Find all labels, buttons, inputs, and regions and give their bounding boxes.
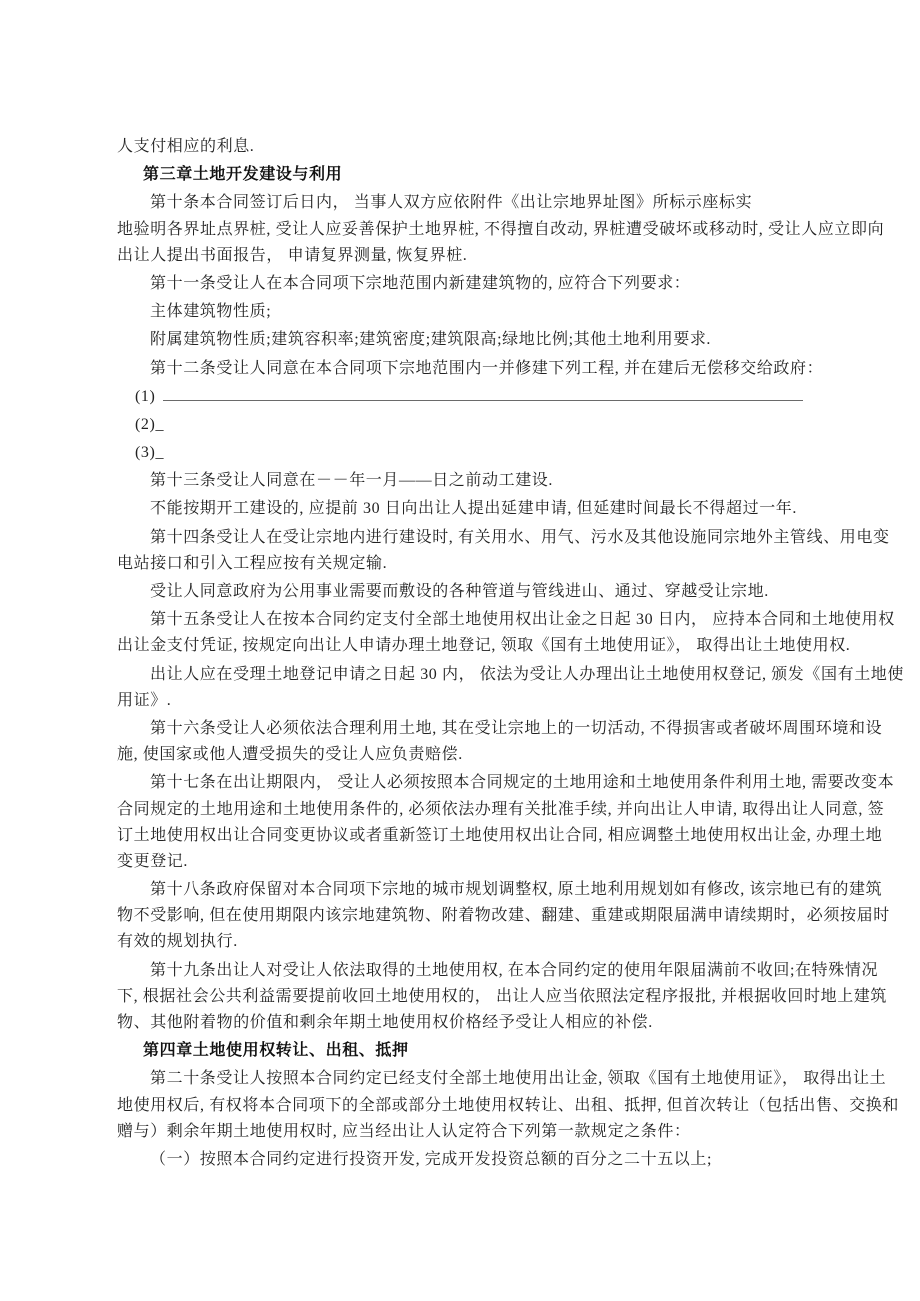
line-text: 第十八条政府保留对本合同项下宗地的城市规划调整权, 原土地利用规划如有修改, 该… [150,881,882,898]
doc-line: 物不受影响, 但在使用期限内该宗地建筑物、附着物改建、翻建、重建或期限届满申请续… [117,903,857,929]
doc-line: 第十三条受让人同意在－－年一月——日之前动工建设. [117,468,857,494]
line-text: 附属建筑物性质;建筑容积率;建筑密度;建筑限高;绿地比例;其他土地利用要求. [150,331,711,348]
blank-item-line: (1) [117,384,857,410]
doc-line: 人支付相应的利息. [117,134,857,160]
doc-line: 主体建筑物性质; [117,299,857,325]
doc-line: 第十一条受让人在本合同项下宗地范围内新建建筑物的, 应符合下列要求： [117,271,857,297]
document-page: 人支付相应的利息.第三章土地开发建设与利用第十条本合同签订后日内， 当事人双方应… [0,0,920,1301]
chapter-heading: 第四章土地使用权转让、出租、抵押 [117,1038,857,1064]
line-text: 第十四条受让人在受让宗地内进行建设时, 有关用水、用气、污水及其他设施同宗地外主… [150,529,890,546]
line-text: 第二十条受让人按照本合同约定已经支付全部土地使用出让金, 领取《国有土地使用证》… [150,1070,886,1087]
line-text: 出让人应在受理土地登记申请之日起 30 内， 依法为受让人办理出让土地使用权登记… [150,666,904,683]
doc-line: 电站接口和引入工程应按有关规定输. [117,551,857,577]
line-text: 合同规定的土地用途和土地使用条件的, 必须依法办理有关批准手续, 并向出让人申请… [117,801,884,818]
line-text: 变更登记. [117,853,188,870]
line-text: 出让金支付凭证, 按规定向出让人申请办理土地登记, 领取《国有土地使用证》， 取… [117,637,850,654]
line-text: 电站接口和引入工程应按有关规定输. [117,555,387,572]
doc-line: 第十二条受让人同意在本合同项下宗地范围内一并修建下列工程, 并在建后无偿移交给政… [117,356,857,382]
line-text: 地使用权后, 有权将本合同项下的全部或部分土地使用权转让、出租、抵押, 但首次转… [117,1097,899,1114]
line-text: 第十九条出让人对受让人依法取得的土地使用权, 在本合同约定的使用年限届满前不收回… [150,962,878,979]
doc-line: 第十九条出让人对受让人依法取得的土地使用权, 在本合同约定的使用年限届满前不收回… [117,958,857,984]
line-text: 第四章土地使用权转让、出租、抵押 [143,1042,409,1059]
doc-line: 第十七条在出让期限内， 受让人必须按照本合同规定的土地用途和土地使用条件利用土地… [117,770,857,796]
doc-line: 不能按期开工建设的, 应提前 30 日向出让人提出延建申请, 但延建时间最长不得… [117,496,857,522]
doc-line: 第十条本合同签订后日内， 当事人双方应依附件《出让宗地界址图》所标示座标实 [117,190,857,216]
line-text: 第十一条受让人在本合同项下宗地范围内新建建筑物的, 应符合下列要求： [150,275,690,292]
line-text: 订土地使用权出让合同变更协议或者重新签订土地使用权出让合同, 相应调整土地使用权… [117,827,882,844]
line-text: (2)_ [135,416,164,433]
blank-item-line: (2)_ [117,412,857,438]
doc-line: 第十四条受让人在受让宗地内进行建设时, 有关用水、用气、污水及其他设施同宗地外主… [117,525,857,551]
doc-line: 出让金支付凭证, 按规定向出让人申请办理土地登记, 领取《国有土地使用证》， 取… [117,633,857,659]
line-text: 施, 使国家或他人遭受损失的受让人应负责赔偿. [117,746,463,763]
line-text: 不能按期开工建设的, 应提前 30 日向出让人提出延建申请, 但延建时间最长不得… [150,500,797,517]
line-text: 地验明各界址点界桩, 受让人应妥善保护土地界桩, 不得擅自改动, 界桩遭受破坏或… [117,221,884,238]
line-text: (3)_ [135,444,164,461]
line-text: （一）按照本合同约定进行投资开发, 完成开发投资总额的百分之二十五以上; [150,1151,712,1168]
line-text: 物不受影响, 但在使用期限内该宗地建筑物、附着物改建、翻建、重建或期限届满申请续… [117,907,890,924]
doc-line: 出让人提出书面报告， 申请复界测量, 恢复界桩. [117,243,857,269]
line-text: 第十五条受让人在按本合同约定支付全部土地使用权出让金之日起 30 日内， 应持本… [150,611,895,628]
line-text: 出让人提出书面报告， 申请复界测量, 恢复界桩. [117,247,467,264]
line-text: 有效的规划执行. [117,933,238,950]
line-text: 下, 根据社会公共利益需要提前收回土地使用权的， 出让人应当依照法定程序报批, … [117,988,887,1005]
doc-line: 第二十条受让人按照本合同约定已经支付全部土地使用出让金, 领取《国有土地使用证》… [117,1066,857,1092]
line-text: 第十七条在出让期限内， 受让人必须按照本合同规定的土地用途和土地使用条件利用土地… [150,774,894,791]
doc-line: 订土地使用权出让合同变更协议或者重新签订土地使用权出让合同, 相应调整土地使用权… [117,823,857,849]
doc-line: 下, 根据社会公共利益需要提前收回土地使用权的， 出让人应当依照法定程序报批, … [117,984,857,1010]
doc-line: 受让人同意政府为公用事业需要而敷设的各种管道与管线进山、通过、穿越受让宗地. [117,579,857,605]
doc-line: 合同规定的土地用途和土地使用条件的, 必须依法办理有关批准手续, 并向出让人申请… [117,797,857,823]
line-text: (1) [135,388,155,405]
chapter-heading: 第三章土地开发建设与利用 [117,162,857,188]
document-content: 人支付相应的利息.第三章土地开发建设与利用第十条本合同签订后日内， 当事人双方应… [117,134,857,1173]
doc-line: 物、其他附着物的价值和剩余年期土地使用权价格经予受让人相应的补偿. [117,1010,857,1036]
line-text: 用证》. [117,692,171,709]
doc-line: 第十六条受让人必须依法合理利用土地, 其在受让宗地上的一切活动, 不得损害或者破… [117,716,857,742]
doc-line: 施, 使国家或他人遭受损失的受让人应负责赔偿. [117,742,857,768]
doc-line: 出让人应在受理土地登记申请之日起 30 内， 依法为受让人办理出让土地使用权登记… [117,662,857,688]
doc-line: 地验明各界址点界桩, 受让人应妥善保护土地界桩, 不得擅自改动, 界桩遭受破坏或… [117,217,857,243]
doc-line: 第十八条政府保留对本合同项下宗地的城市规划调整权, 原土地利用规划如有修改, 该… [117,877,857,903]
blank-item-line: (3)_ [117,440,857,466]
line-text: 第三章土地开发建设与利用 [143,166,342,183]
doc-line: （一）按照本合同约定进行投资开发, 完成开发投资总额的百分之二十五以上; [117,1147,857,1173]
doc-line: 用证》. [117,688,857,714]
blank-underline [163,387,803,401]
line-text: 主体建筑物性质; [150,303,271,320]
line-text: 受让人同意政府为公用事业需要而敷设的各种管道与管线进山、通过、穿越受让宗地. [150,583,769,600]
line-text: 第十三条受让人同意在－－年一月——日之前动工建设. [150,472,553,489]
doc-line: 赠与）剩余年期土地使用权时, 应当经出让人认定符合下列第一款规定之条件： [117,1119,857,1145]
doc-line: 附属建筑物性质;建筑容积率;建筑密度;建筑限高;绿地比例;其他土地利用要求. [117,327,857,353]
doc-line: 地使用权后, 有权将本合同项下的全部或部分土地使用权转让、出租、抵押, 但首次转… [117,1093,857,1119]
doc-line: 变更登记. [117,849,857,875]
line-text: 人支付相应的利息. [117,138,254,155]
line-text: 物、其他附着物的价值和剩余年期土地使用权价格经予受让人相应的补偿. [117,1014,653,1031]
line-text: 第十二条受让人同意在本合同项下宗地范围内一并修建下列工程, 并在建后无偿移交给政… [150,360,823,377]
doc-line: 第十五条受让人在按本合同约定支付全部土地使用权出让金之日起 30 日内， 应持本… [117,607,857,633]
doc-line: 有效的规划执行. [117,929,857,955]
line-text: 第十条本合同签订后日内， 当事人双方应依附件《出让宗地界址图》所标示座标实 [150,194,752,211]
line-text: 赠与）剩余年期土地使用权时, 应当经出让人认定符合下列第一款规定之条件： [117,1123,691,1140]
line-text: 第十六条受让人必须依法合理利用土地, 其在受让宗地上的一切活动, 不得损害或者破… [150,720,882,737]
